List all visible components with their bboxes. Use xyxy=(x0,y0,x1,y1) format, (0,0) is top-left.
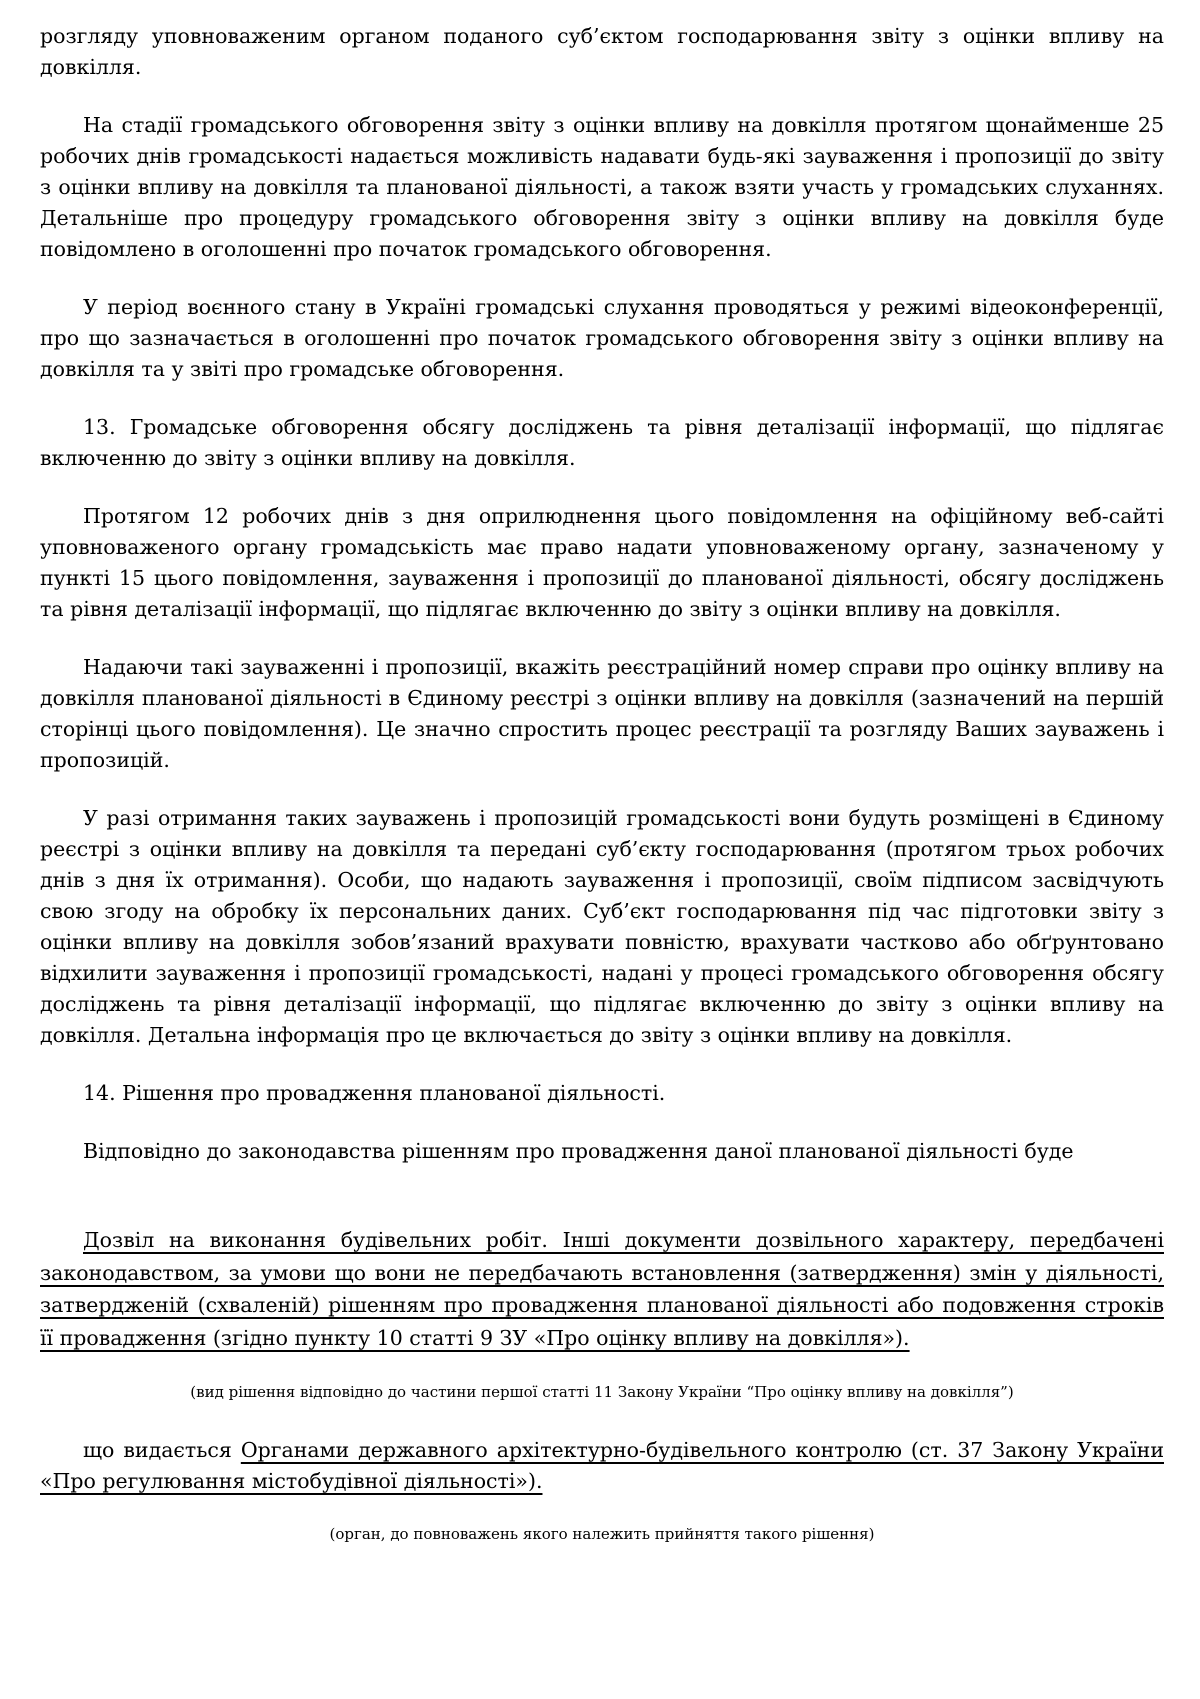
paragraph-issued-by: що видається Органами державного архітек… xyxy=(40,1435,1164,1497)
issued-by-prefix-text: що видається xyxy=(83,1438,241,1462)
paragraph-item-13-heading: 13. Громадське обговорення обсягу дослід… xyxy=(40,412,1164,474)
paragraph-item-14-heading: 14. Рішення про провадження планованої д… xyxy=(40,1078,1164,1109)
decision-answer-underlined-text: Дозвіл на виконання будівельних робіт. І… xyxy=(40,1228,1164,1350)
paragraph-receipt-processing: У разі отримання таких зауважень і пропо… xyxy=(40,803,1164,1051)
paragraph-decision-answer: Дозвіл на виконання будівельних робіт. І… xyxy=(40,1224,1164,1354)
caption-decision-type: (вид рішення відповідно до частини першо… xyxy=(40,1382,1164,1402)
paragraph-martial-law: У період воєнного стану в Україні громад… xyxy=(40,292,1164,385)
paragraph-intro-continuation: розгляду уповноваженим органом поданого … xyxy=(40,21,1164,83)
paragraph-registration-number: Надаючи такі зауваженні і пропозиції, вк… xyxy=(40,652,1164,776)
document-page: розгляду уповноваженим органом поданого … xyxy=(0,0,1200,1699)
paragraph-public-discussion-stage: На стадії громадського обговорення звіту… xyxy=(40,110,1164,265)
paragraph-according-to-law: Відповідно до законодавства рішенням про… xyxy=(40,1136,1164,1167)
caption-authority: (орган, до повноважень якого належить пр… xyxy=(40,1524,1164,1544)
paragraph-12-working-days: Протягом 12 робочих днів з дня оприлюдне… xyxy=(40,501,1164,625)
